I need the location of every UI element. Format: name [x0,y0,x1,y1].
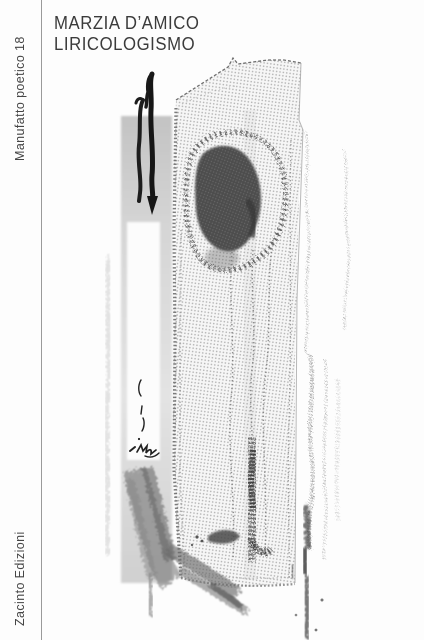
series-label: Manufatto poetico 18 [13,36,27,161]
author-name: MARZIA D’AMICO [54,13,199,34]
publisher-label: Zacinto Edizioni [13,531,27,626]
faint-left-wisp [106,255,109,555]
cover-artwork [0,0,424,640]
book-cover: Manufatto poetico 18 Zacinto Edizioni MA… [0,0,424,640]
title-block: MARZIA D’AMICO LIRICOLOGISMO [54,13,199,55]
spine-divider-line [41,0,42,640]
halftone-print [173,58,303,588]
book-title: LIRICOLOGISMO [54,34,199,55]
